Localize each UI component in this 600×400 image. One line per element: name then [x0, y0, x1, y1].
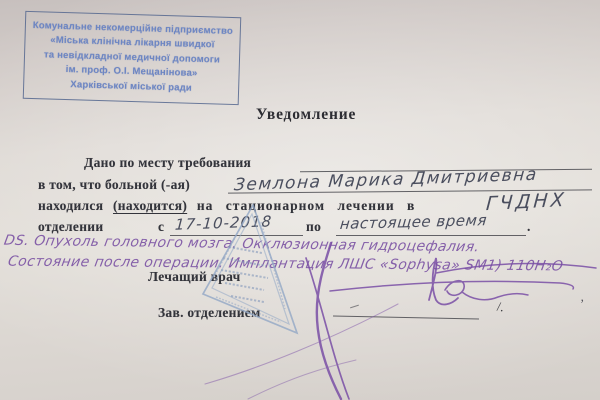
to-label: по: [306, 219, 321, 235]
blank-line: [333, 315, 479, 319]
period-mark: .: [527, 219, 531, 235]
department-handwritten: ГЧДНХ: [485, 189, 567, 215]
hospital-stamp: Комунальне некомерційне підприємство «Мі…: [23, 11, 242, 105]
treatment-label: на стационарном лечении в: [197, 198, 415, 213]
stray-pen-mark: ’: [580, 296, 584, 312]
attending-doctor-label: Лечащий врач: [148, 269, 241, 285]
located-alt-label: (находится): [113, 198, 187, 213]
department-head-label: Зав. отделением: [158, 305, 261, 321]
stray-pen-dash: [350, 305, 359, 309]
located-line: находился (находится) на стационарном ле…: [38, 198, 415, 214]
located-label: находился: [38, 198, 103, 213]
given-to-label: Дано по месту требования: [84, 155, 251, 171]
to-value-handwritten: настоящее время: [339, 211, 488, 233]
from-label: с: [158, 219, 164, 235]
slash-separator: /.: [496, 299, 505, 316]
from-date-handwritten: 17-10-2018: [174, 212, 272, 233]
document-page: Комунальне некомерційне підприємство «Мі…: [0, 0, 600, 400]
document-title: Уведомление: [256, 106, 356, 124]
patient-label: в том, что больной (-ая): [38, 177, 190, 193]
blank-line: [336, 235, 526, 236]
diagnosis-note-line2: Состояние после операции. Имплантация ЛШ…: [7, 254, 565, 275]
